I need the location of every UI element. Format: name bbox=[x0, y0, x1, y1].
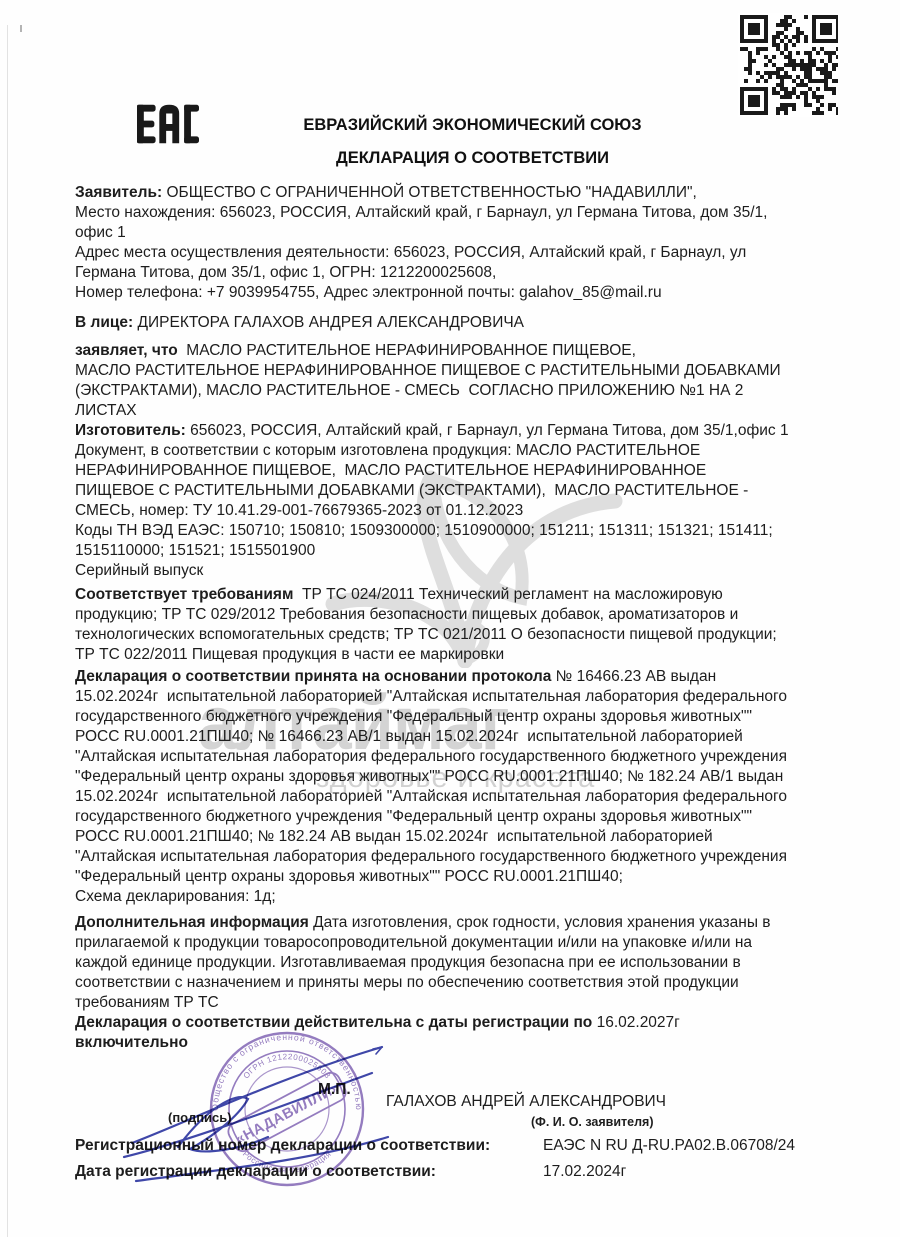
document-title: ЕВРАЗИЙСКИЙ ЭКОНОМИЧЕСКИЙ СОЮЗ bbox=[45, 116, 900, 135]
scan-edge-line bbox=[7, 25, 8, 1237]
signature-strokes bbox=[120, 1025, 420, 1190]
body-paragraph: Заявитель: ОБЩЕСТВО С ОГРАНИЧЕННОЙ ОТВЕТ… bbox=[75, 183, 789, 303]
document-subtitle: ДЕКЛАРАЦИЯ О СООТВЕТСТВИИ bbox=[45, 149, 900, 168]
declarant-caption: (Ф. И. О. заявителя) bbox=[531, 1115, 654, 1129]
registration-number-value: ЕАЭС N RU Д-RU.РА02.В.06708/24 bbox=[543, 1137, 795, 1155]
body-paragraph: Соответствует требованиям ТР ТС 024/2011… bbox=[75, 585, 789, 665]
body-paragraph: Дополнительная информация Дата изготовле… bbox=[75, 913, 789, 1013]
document-body: Заявитель: ОБЩЕСТВО С ОГРАНИЧЕННОЙ ОТВЕТ… bbox=[75, 183, 789, 1053]
document-header: ЕВРАЗИЙСКИЙ ЭКОНОМИЧЕСКИЙ СОЮЗ ДЕКЛАРАЦИ… bbox=[45, 116, 900, 168]
declarant-name: ГАЛАХОВ АНДРЕЙ АЛЕКСАНДРОВИЧ bbox=[386, 1093, 666, 1111]
body-paragraph: заявляет, что МАСЛО РАСТИТЕЛЬНОЕ НЕРАФИН… bbox=[75, 341, 789, 581]
qr-code bbox=[738, 13, 838, 117]
body-paragraph: Декларация о соответствии принята на осн… bbox=[75, 667, 789, 907]
registration-date-value: 17.02.2024г bbox=[543, 1163, 626, 1181]
page: алтаймаг здоровье и красота ЕВРАЗИЙСКИЙ … bbox=[0, 0, 900, 1237]
body-paragraph: В лице: ДИРЕКТОРА ГАЛАХОВ АНДРЕЯ АЛЕКСАН… bbox=[75, 313, 789, 333]
scan-artifact bbox=[20, 25, 22, 32]
